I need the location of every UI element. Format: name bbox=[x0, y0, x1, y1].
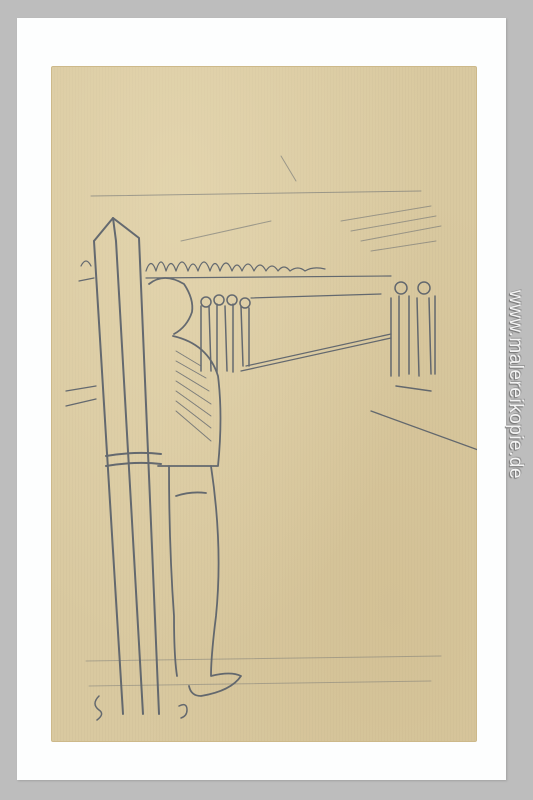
artwork-paper bbox=[51, 66, 477, 742]
right-figures bbox=[391, 282, 435, 391]
watermark-text: www.malereikopie.de bbox=[500, 290, 526, 520]
crowd-background bbox=[79, 261, 391, 298]
sky-hatching bbox=[91, 156, 441, 251]
standing-man bbox=[149, 278, 241, 696]
ground-lines bbox=[86, 656, 441, 686]
pencil-sketch bbox=[51, 66, 477, 742]
signature-mark bbox=[95, 696, 187, 720]
crowd-group bbox=[201, 295, 250, 372]
wooden-post bbox=[94, 218, 161, 714]
